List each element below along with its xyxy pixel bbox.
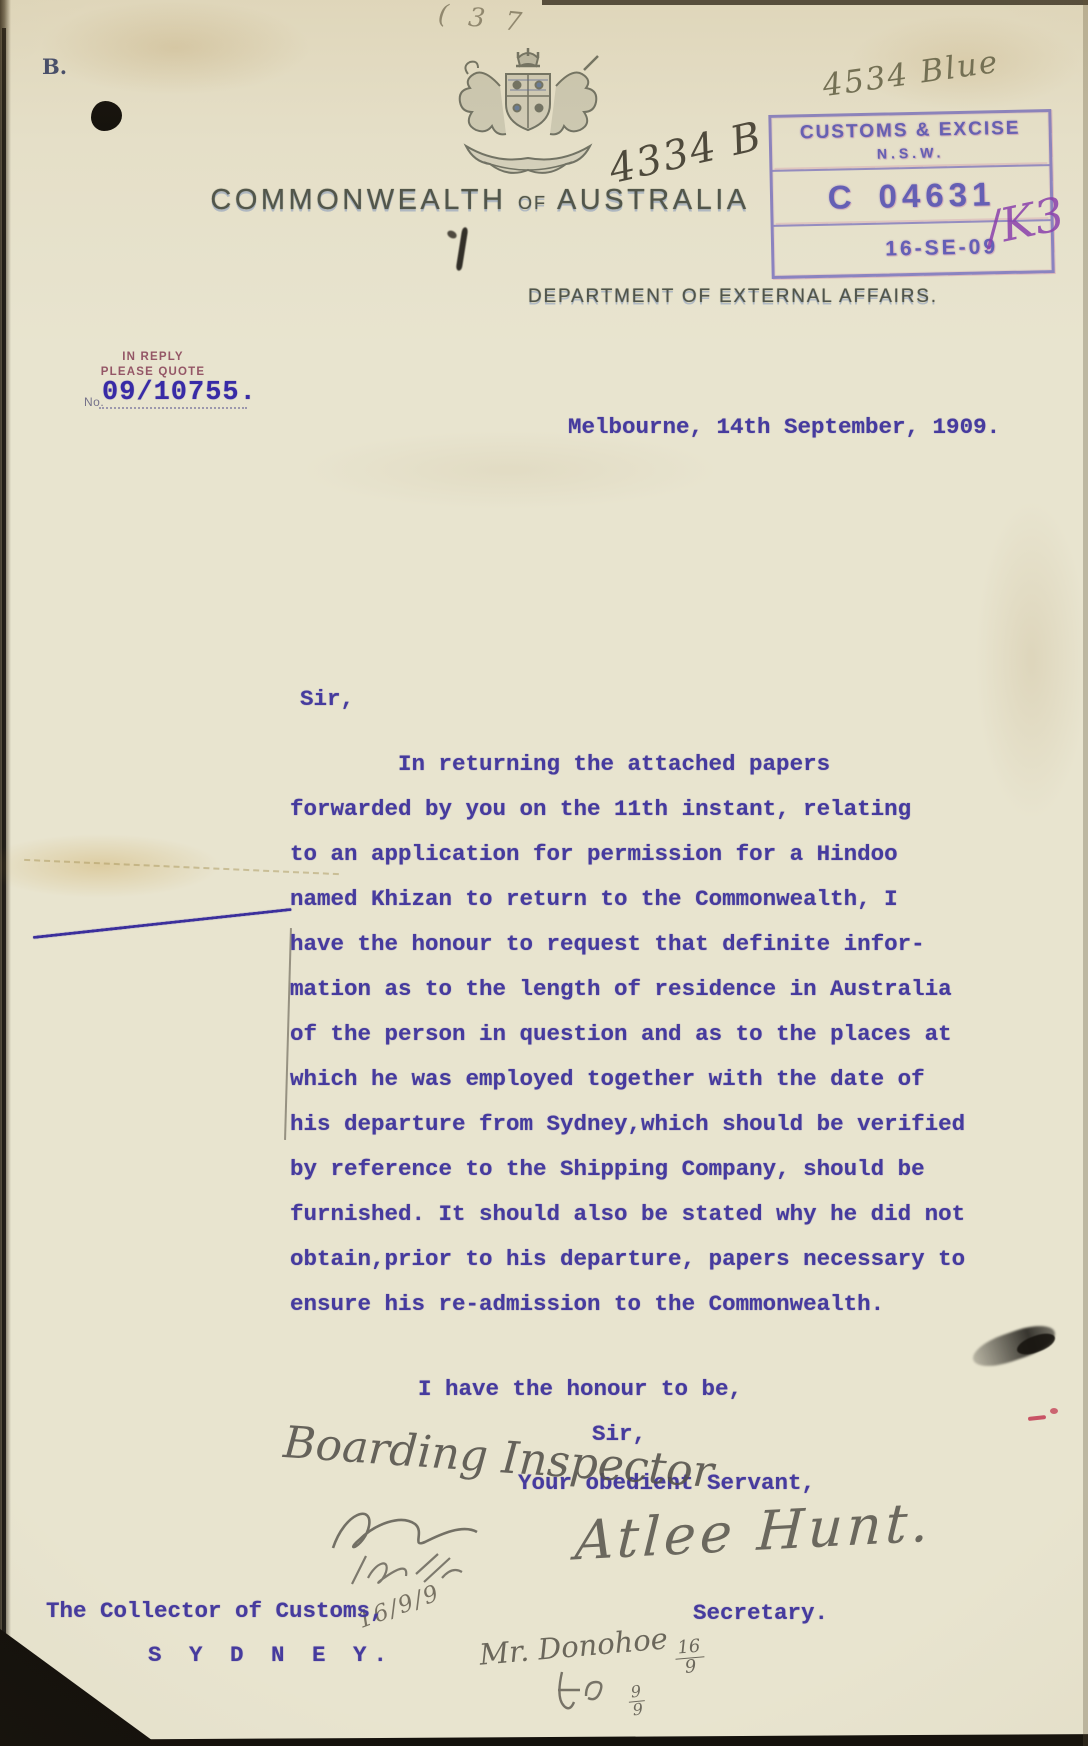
stamp-number: 04631 bbox=[878, 175, 996, 214]
paper-stain bbox=[975, 500, 1088, 820]
stamp-office-line: CUSTOMS & EXCISE N.S.W. bbox=[771, 112, 1049, 170]
referral-date-fraction: 169 bbox=[674, 1637, 706, 1678]
stamp-series: C bbox=[827, 178, 857, 216]
red-pencil-mark bbox=[1028, 1415, 1046, 1421]
stamp-office-name: CUSTOMS & EXCISE bbox=[800, 118, 1021, 144]
body-line: which he was employed together with the … bbox=[290, 1057, 980, 1102]
ink-smear-dot bbox=[446, 229, 458, 240]
referral-date2-fraction: 99 bbox=[627, 1683, 647, 1719]
addressee-line-2: S Y D N E Y. bbox=[148, 1642, 394, 1668]
letterhead-of: OF bbox=[518, 193, 547, 213]
scanned-letter-page: B. ( 3 7 bbox=[0, 0, 1088, 1746]
letter-date: Melbourne, 14th September, 1909. bbox=[568, 414, 1000, 440]
handwritten-file-ref: 4334 B bbox=[605, 113, 767, 193]
body-line: to an application for permission for a H… bbox=[290, 832, 980, 877]
letterhead-commonwealth: COMMONWEALTH bbox=[210, 184, 506, 216]
margin-ink-line bbox=[33, 908, 292, 939]
page-right-edge bbox=[1083, 0, 1088, 1746]
boarding-inspector-note: Boarding Inspector bbox=[282, 1417, 716, 1498]
page-bottom-edge bbox=[60, 1732, 1088, 1746]
body-line: named Khizan to return to the Commonweal… bbox=[290, 877, 980, 922]
handwritten-top-right-ref: 4534 Blue bbox=[820, 44, 1001, 104]
closing-line-1: I have the honour to be, bbox=[418, 1376, 742, 1402]
coat-of-arms bbox=[438, 40, 618, 195]
body-line: by reference to the Shipping Company, sh… bbox=[290, 1147, 980, 1192]
letterhead-title: COMMONWEALTH OF AUSTRALIA bbox=[190, 184, 770, 217]
body-line: mation as to the length of residence in … bbox=[290, 967, 980, 1012]
signature-title: Secretary. bbox=[693, 1600, 828, 1626]
in-reply-line1: IN REPLY bbox=[122, 351, 184, 363]
body-line: furnished. It should also be stated why … bbox=[290, 1192, 980, 1237]
stamp-state: N.S.W. bbox=[772, 139, 1049, 167]
body-line: ensure his re-admission to the Commonwea… bbox=[290, 1282, 980, 1327]
letter-body: In returning the attached papersforwarde… bbox=[290, 742, 980, 1327]
referral-initials-scribble bbox=[552, 1666, 622, 1715]
referral-name: Mr. Donohoe bbox=[478, 1621, 669, 1671]
page-top-edge bbox=[542, 0, 1088, 5]
customs-excise-stamp: CUSTOMS & EXCISE N.S.W. C04631 16-SE-09 bbox=[768, 109, 1054, 279]
stamp-date: 16-SE-09 bbox=[885, 235, 998, 260]
body-line: his departure from Sydney,which should b… bbox=[290, 1102, 980, 1147]
pencil-top-annotation: ( 3 7 bbox=[437, 0, 529, 39]
body-line: of the person in question and as to the … bbox=[290, 1012, 980, 1057]
body-line: forwarded by you on the 11th instant, re… bbox=[290, 787, 980, 832]
paper-stain bbox=[300, 430, 720, 510]
salutation: Sir, bbox=[300, 686, 354, 712]
page-corner-shadow bbox=[0, 1624, 160, 1746]
paper-stain bbox=[40, 0, 310, 95]
secretary-signature: Atlee Hunt. bbox=[574, 1491, 934, 1573]
ink-smear bbox=[456, 227, 469, 271]
body-line: In returning the attached papers bbox=[290, 742, 980, 787]
addressee-line-1: The Collector of Customs, bbox=[46, 1598, 384, 1624]
ink-blot bbox=[91, 101, 122, 131]
corner-letter-mark: B. bbox=[42, 54, 67, 79]
body-line: obtain,prior to his departure, papers ne… bbox=[290, 1237, 980, 1282]
reference-number: 09/10755. bbox=[102, 378, 257, 408]
in-reply-line2: PLEASE QUOTE bbox=[101, 366, 206, 378]
in-reply-note: IN REPLY PLEASE QUOTE bbox=[78, 350, 228, 380]
letterhead-australia: AUSTRALIA bbox=[557, 184, 750, 216]
red-pencil-dot bbox=[1050, 1408, 1058, 1414]
page-spine-line bbox=[2, 28, 6, 1746]
body-line: have the honour to request that definite… bbox=[290, 922, 980, 967]
letterhead-department: DEPARTMENT OF EXTERNAL AFFAIRS. bbox=[528, 286, 938, 308]
